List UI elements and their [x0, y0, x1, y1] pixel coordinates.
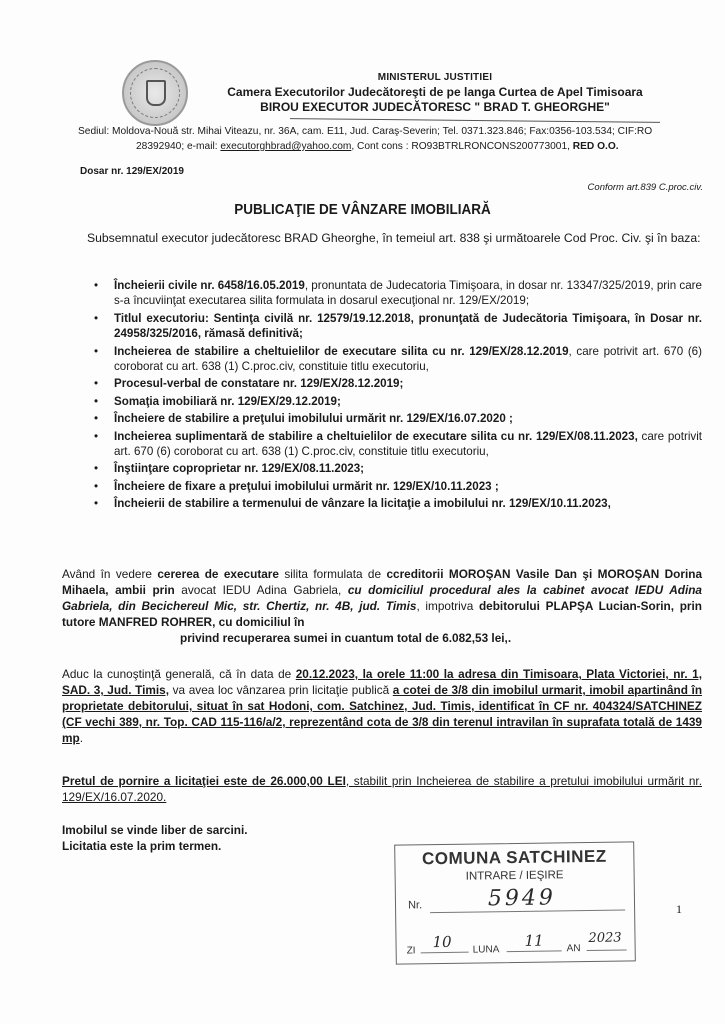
email-link[interactable]: executorghbrad@yahoo.com	[220, 141, 351, 152]
price-paragraph: Pretul de pornire a licitaţiei este de 2…	[62, 773, 702, 805]
document-title: PUBLICAŢIE DE VÂNZARE IMOBILIARĂ	[36, 201, 689, 218]
bank-account: , Cont cons : RO93BTRLRONCONS200773001,	[351, 141, 572, 152]
contact-line-2: 28392940; e-mail: executorghbrad@yahoo.c…	[78, 139, 718, 154]
legal-basis-item: Încheiere de stabilire a preţului imobil…	[92, 411, 702, 426]
office-name: BIROU EXECUTOR JUDECĂTORESC " BRAD T. GH…	[200, 100, 670, 114]
legal-basis-item: Înştiinţare coproprietar nr. 129/EX/08.1…	[92, 461, 702, 476]
page-number: 1	[676, 902, 682, 917]
stamp-day-label: ZI	[407, 945, 416, 956]
contact-prefix: 28392940; e-mail:	[136, 141, 220, 152]
stamp-year-value: 2023	[588, 931, 621, 946]
vat-status: RED O.O.	[573, 141, 619, 152]
coat-of-arms-icon	[146, 80, 166, 106]
chamber-name: Camera Executorilor Judecătoreşti de pe …	[200, 85, 670, 99]
text: Aduc la cunoştinţă generală, că în data …	[62, 667, 296, 681]
stamp-nr-value: 5949	[488, 885, 556, 911]
item-title: Încheiere de stabilire a preţului imobil…	[114, 412, 513, 425]
stamp-day-value: 10	[432, 933, 451, 951]
item-title: Încheierii de stabilire a termenului de …	[114, 497, 611, 510]
item-title: Incheierea suplimentară de stabilire a c…	[114, 430, 638, 443]
legal-basis-item: Incheierea de stabilire a cheltuielilor …	[92, 344, 702, 375]
legal-basis-item: Încheierii civile nr. 6458/16.05.2019, p…	[92, 278, 702, 309]
legal-basis-item: Încheierii de stabilire a termenului de …	[92, 496, 702, 511]
text: silita formulata de	[279, 567, 386, 581]
encumbrance-note: Imobilul se vinde liber de sarcini.	[62, 822, 248, 838]
legal-basis-item: Procesul-verbal de constatare nr. 129/EX…	[92, 376, 702, 391]
ministry-seal-icon	[122, 60, 188, 126]
item-title: Încheiere de fixare a preţului imobilulu…	[114, 480, 499, 493]
auction-paragraph: Aduc la cunoştinţă generală, că în data …	[62, 666, 702, 746]
text: , impotriva	[416, 599, 479, 613]
ministry-name: MINISTERUL JUSTITIEI	[200, 72, 670, 83]
legal-basis-item: Titlul executoriu: Sentinţa civilă nr. 1…	[92, 311, 702, 342]
text: .	[80, 731, 83, 745]
item-title: Înştiinţare coproprietar nr. 129/EX/08.1…	[114, 462, 364, 475]
stamp-year-line	[587, 949, 627, 951]
starting-price: 26.000,00 LEI	[270, 774, 346, 788]
item-title: Încheierii civile nr. 6458/16.05.2019	[114, 279, 305, 292]
legal-basis-item: Somaţia imobiliară nr. 129/EX/29.12.2019…	[92, 394, 702, 409]
text: Pretul de pornire a licitaţiei este de	[62, 774, 270, 788]
stamp-month-value: 11	[524, 932, 543, 950]
stamp-day-line	[421, 952, 469, 954]
intro-paragraph: Subsemnatul executor judecătoresc BRAD G…	[87, 230, 702, 247]
creditors-paragraph: Având în vedere cererea de executare sil…	[62, 566, 702, 646]
closing-notes: Imobilul se vinde liber de sarcini. Lici…	[62, 822, 248, 854]
stamp-date-row: ZI 10 LUNA 11 AN 2023	[406, 934, 631, 937]
legal-reference: Conform art.839 C.proc.civ.	[588, 182, 703, 193]
text: avocat IEDU Adina Gabriela,	[175, 583, 348, 597]
item-title: Procesul-verbal de constatare nr. 129/EX…	[114, 377, 403, 390]
item-title: Titlul executoriu: Sentinţa civilă nr. 1…	[114, 312, 702, 340]
stamp-year-label: AN	[567, 943, 581, 954]
header-divider	[290, 118, 660, 123]
registry-stamp: COMUNA SATCHINEZ INTRARE / IEŞIRE Nr. 59…	[394, 841, 636, 964]
text: Având în vedere	[62, 567, 157, 581]
legal-basis-item: Încheiere de fixare a preţului imobilulu…	[92, 479, 702, 494]
document-page: MINISTERUL JUSTITIEI Camera Executorilor…	[0, 0, 725, 1024]
text-bold: cererea de executare	[157, 567, 279, 581]
item-title: Incheierea de stabilire a cheltuielilor …	[114, 345, 569, 358]
auction-term-note: Licitatia este la prim termen.	[62, 838, 248, 854]
stamp-month-line	[507, 950, 562, 952]
item-title: Somaţia imobiliară nr. 129/EX/29.12.2019…	[114, 395, 341, 408]
amount-due: privind recuperarea sumei in cuantum tot…	[62, 630, 702, 646]
legal-basis-list: Încheierii civile nr. 6458/16.05.2019, p…	[92, 278, 702, 514]
contact-info: Sediul: Moldova-Nouă str. Mihai Viteazu,…	[78, 124, 718, 154]
stamp-month-label: LUNA	[473, 944, 500, 955]
case-number: Dosar nr. 129/EX/2019	[80, 166, 184, 177]
stamp-type: INTRARE / IEŞIRE	[396, 868, 634, 883]
legal-basis-item: Incheierea suplimentară de stabilire a c…	[92, 429, 702, 460]
text: va avea loc vânzarea prin licitaţie publ…	[169, 683, 393, 697]
stamp-nr-label: Nr.	[408, 899, 422, 911]
stamp-commune: COMUNA SATCHINEZ	[395, 846, 633, 869]
contact-line-1: Sediul: Moldova-Nouă str. Mihai Viteazu,…	[78, 124, 718, 139]
